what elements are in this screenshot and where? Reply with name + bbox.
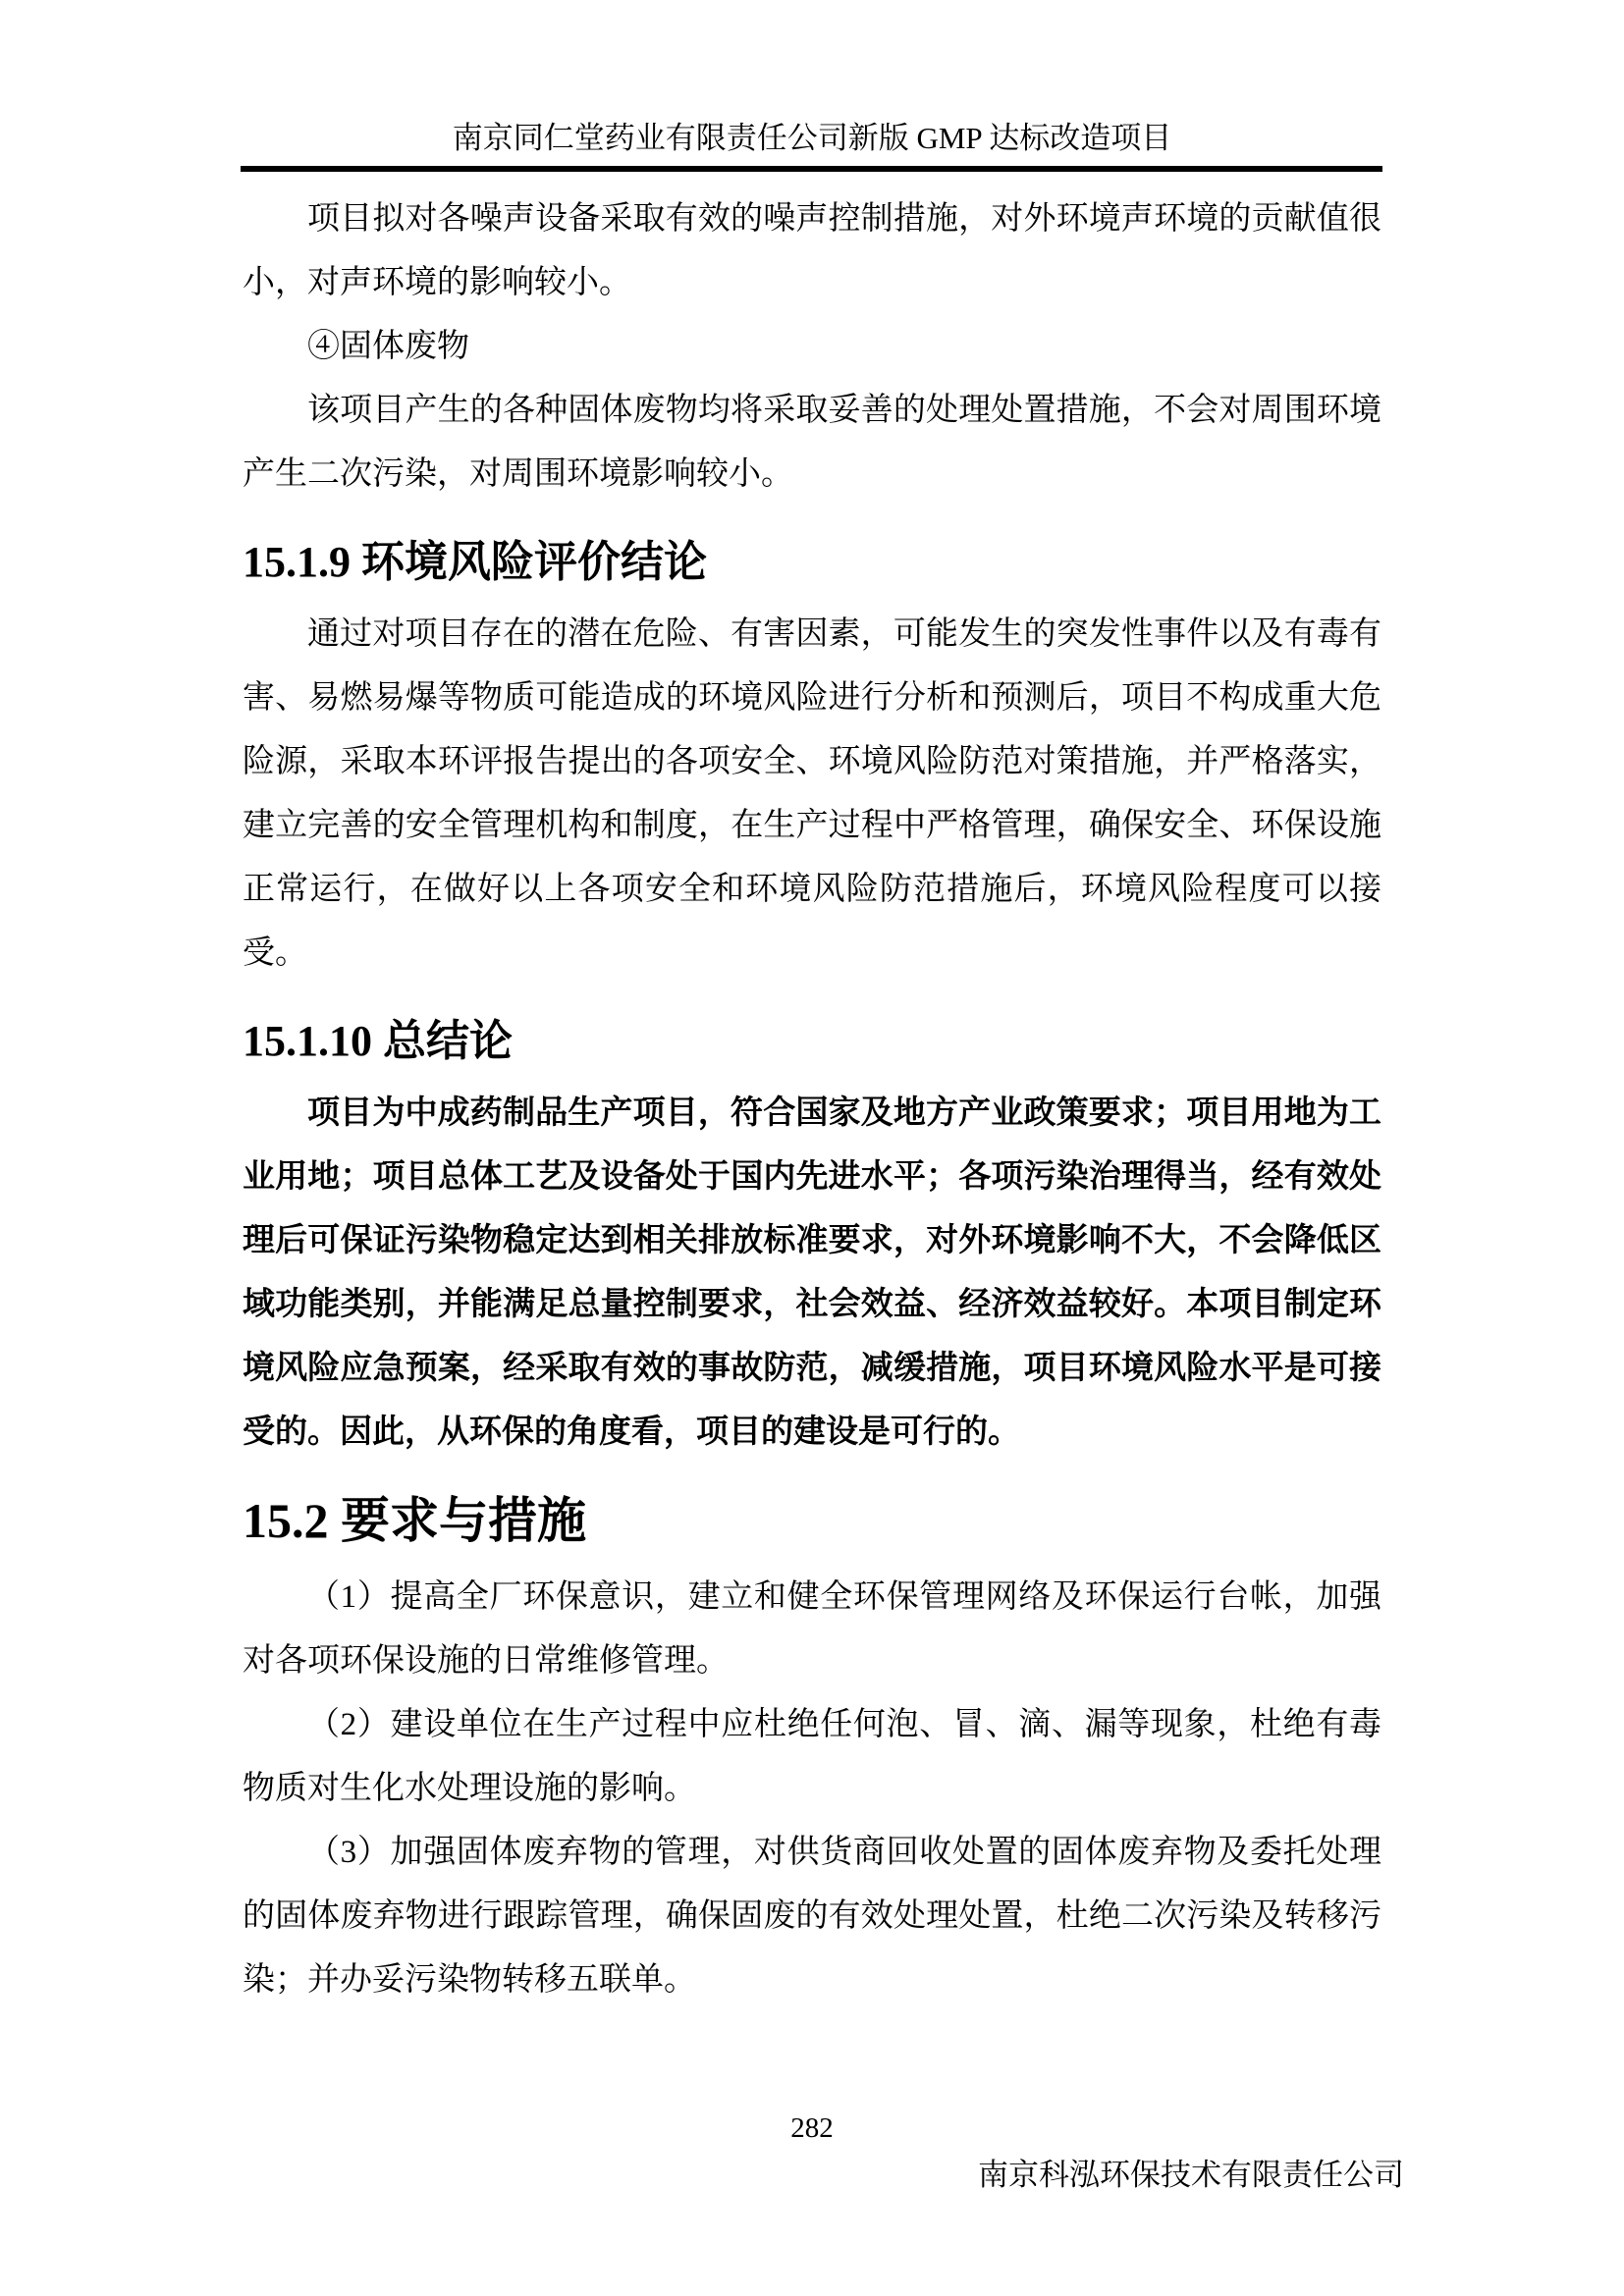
footer-company-name: 南京科泓环保技术有限责任公司 xyxy=(243,2156,1404,2195)
document-page: 南京同仁堂药业有限责任公司新版 GMP 达标改造项目 项目拟对各噪声设备采取有效… xyxy=(0,0,1624,2296)
paragraph-requirement-2: （2）建设单位在生产过程中应杜绝任何泡、冒、滴、漏等现象，杜绝有毒物质对生化水处… xyxy=(243,1693,1381,1821)
heading-risk-assessment-conclusion: 15.1.9 环境风险评价结论 xyxy=(243,528,1381,597)
heading-requirements-measures: 15.2 要求与措施 xyxy=(243,1484,1381,1558)
document-content: 项目拟对各噪声设备采取有效的噪声控制措施，对外环境声环境的贡献值很小，对声环境的… xyxy=(243,174,1381,2012)
page-number: 282 xyxy=(243,2110,1381,2146)
paragraph-overall-conclusion: 项目为中成药制品生产项目，符合国家及地方产业政策要求；项目用地为工业用地；项目总… xyxy=(243,1082,1381,1465)
paragraph-risk-assessment: 通过对项目存在的潜在危险、有害因素，可能发生的突发性事件以及有毒有害、易燃易爆等… xyxy=(243,603,1381,986)
paragraph-requirement-1: （1）提高全厂环保意识，建立和健全环保管理网络及环保运行台帐，加强对各项环保设施… xyxy=(243,1566,1381,1693)
heading-overall-conclusion: 15.1.10 总结论 xyxy=(243,1007,1381,1076)
paragraph-requirement-3: （3）加强固体废弃物的管理，对供货商回收处置的固体废弃物及委托处理的固体废弃物进… xyxy=(243,1821,1381,2012)
paragraph-noise-control: 项目拟对各噪声设备采取有效的噪声控制措施，对外环境声环境的贡献值很小，对声环境的… xyxy=(243,187,1381,315)
label-solid-waste: ④固体废物 xyxy=(243,315,1381,379)
header-rule xyxy=(241,166,1382,172)
paragraph-solid-waste: 该项目产生的各种固体废物均将采取妥善的处理处置措施，不会对周围环境产生二次污染，… xyxy=(243,379,1381,507)
page-header-title: 南京同仁堂药业有限责任公司新版 GMP 达标改造项目 xyxy=(243,120,1381,157)
